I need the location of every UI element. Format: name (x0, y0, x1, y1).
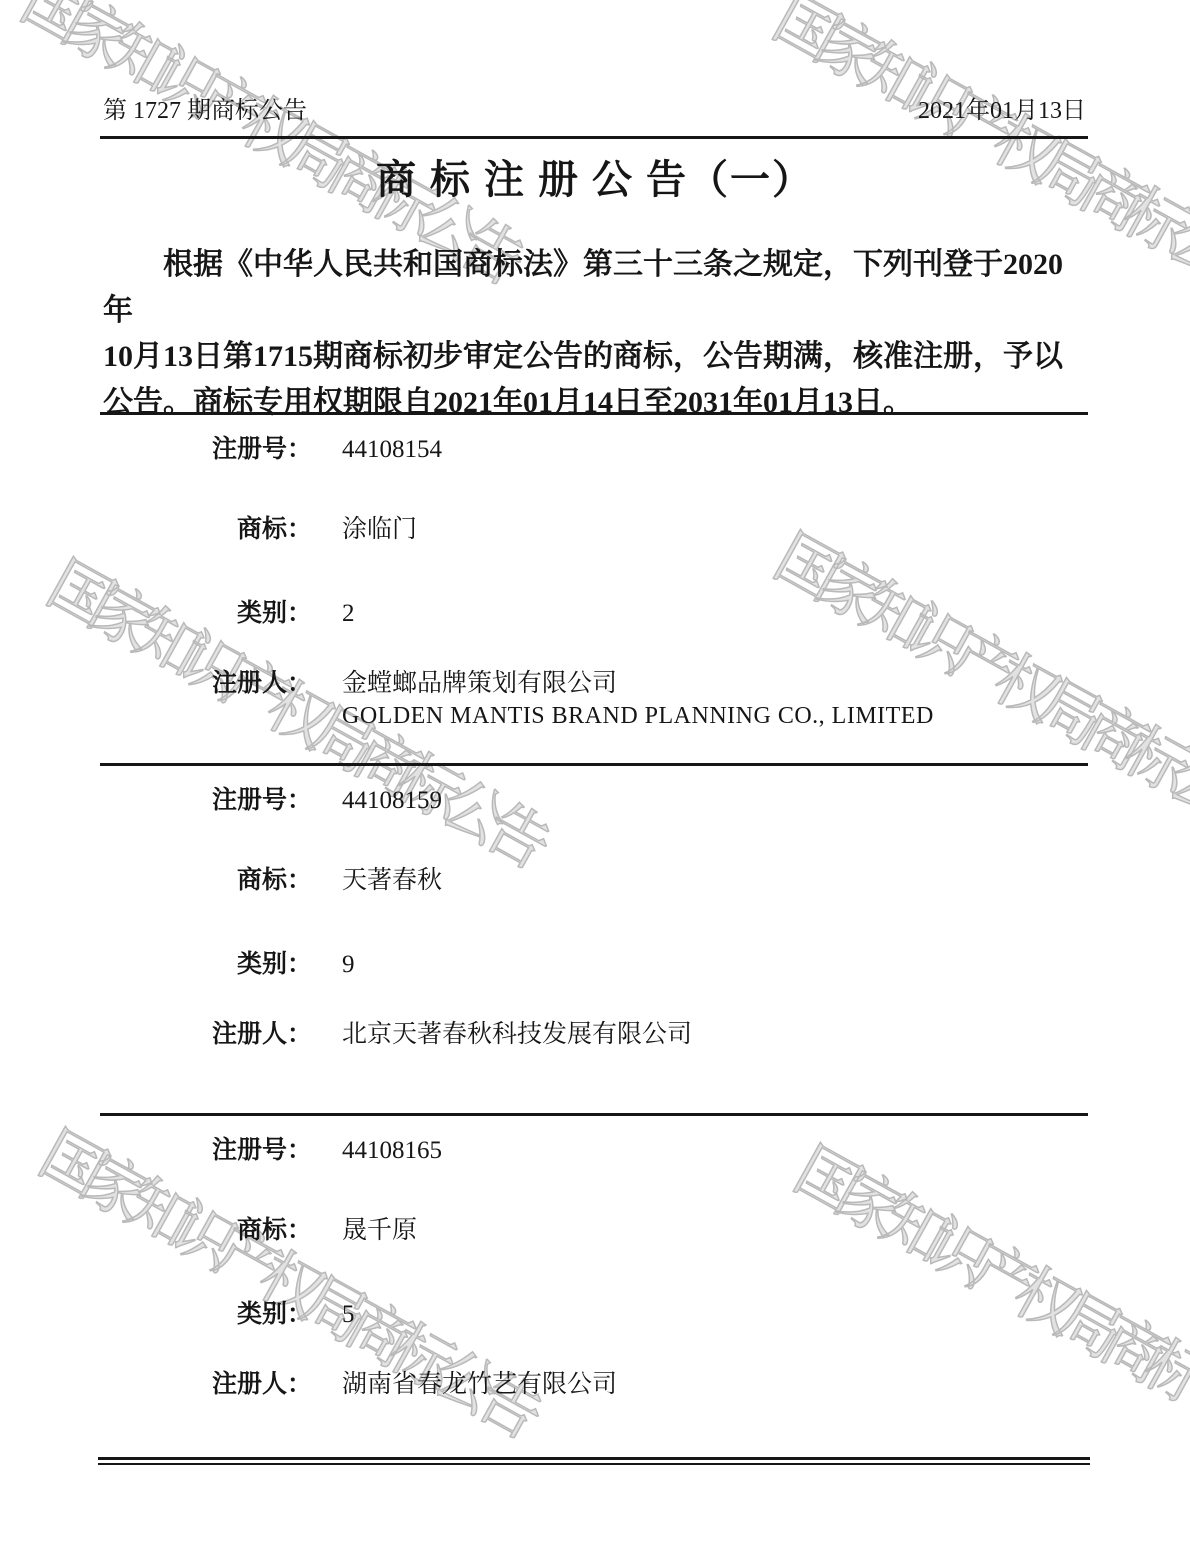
page-content: 第 1727 期商标公告 2021年01月13日 商 标 注 册 公 告（一） … (0, 0, 1190, 1564)
field-label-category: 类别： (100, 949, 312, 980)
reg-no-value: 44108159 (342, 785, 1110, 816)
intro-paragraph: 根据《中华人民共和国商标法》第三十三条之规定，下列刊登于2020年 10月13日… (103, 242, 1089, 426)
reg-no-value: 44108154 (342, 434, 1110, 465)
registrant-cn-value: 北京天著春秋科技发展有限公司 (342, 1019, 1110, 1050)
field-label-category: 类别： (100, 598, 312, 629)
field-label-trademark: 商标： (100, 865, 312, 896)
category-value: 2 (342, 598, 1110, 629)
registrant-cn-value: 金螳螂品牌策划有限公司 (342, 668, 1110, 699)
intro-line: 10月13日第1715期商标初步审定公告的商标，公告期满，核准注册，予以 (103, 334, 1089, 380)
trademark-entry: 注册号： 44108154 商标： 涂临门 类别： 2 注册人： 金螳螂品牌策划… (0, 412, 1190, 762)
field-label-reg-no: 注册号： (100, 785, 312, 816)
field-label-trademark: 商标： (100, 1215, 312, 1246)
field-label-registrant: 注册人： (100, 1369, 312, 1400)
category-value: 9 (342, 949, 1110, 980)
field-label-reg-no: 注册号： (100, 1135, 312, 1166)
page-bottom-rule (98, 1457, 1090, 1465)
field-label-registrant: 注册人： (100, 1019, 312, 1050)
trademark-value: 晟千原 (342, 1215, 1110, 1246)
gazette-page: 国家知识产权局商标公告 国家知识产权局商标公告 国家知识产权局商标公告 国家知识… (0, 0, 1190, 1564)
field-label-registrant: 注册人： (100, 668, 312, 699)
trademark-value: 天著春秋 (342, 865, 1110, 896)
trademark-value: 涂临门 (342, 514, 1110, 545)
category-value: 5 (342, 1299, 1110, 1330)
header-issue-number: 第 1727 期商标公告 (103, 97, 307, 126)
field-label-trademark: 商标： (100, 514, 312, 545)
header-rule (100, 136, 1088, 139)
page-title: 商 标 注 册 公 告（一） (0, 148, 1190, 205)
trademark-entry: 注册号： 44108159 商标： 天著春秋 类别： 9 注册人： 北京天著春秋… (0, 763, 1190, 1113)
header-date: 2021年01月13日 (918, 97, 1086, 126)
field-label-category: 类别： (100, 1299, 312, 1330)
registrant-en-value: GOLDEN MANTIS BRAND PLANNING CO., LIMITE… (342, 703, 1130, 730)
reg-no-value: 44108165 (342, 1135, 1110, 1166)
field-label-reg-no: 注册号： (100, 434, 312, 465)
registrant-cn-value: 湖南省春龙竹艺有限公司 (342, 1369, 1110, 1400)
trademark-entry: 注册号： 44108165 商标： 晟千原 类别： 5 注册人： 湖南省春龙竹艺… (0, 1113, 1190, 1463)
intro-line: 根据《中华人民共和国商标法》第三十三条之规定，下列刊登于2020年 (103, 242, 1089, 334)
